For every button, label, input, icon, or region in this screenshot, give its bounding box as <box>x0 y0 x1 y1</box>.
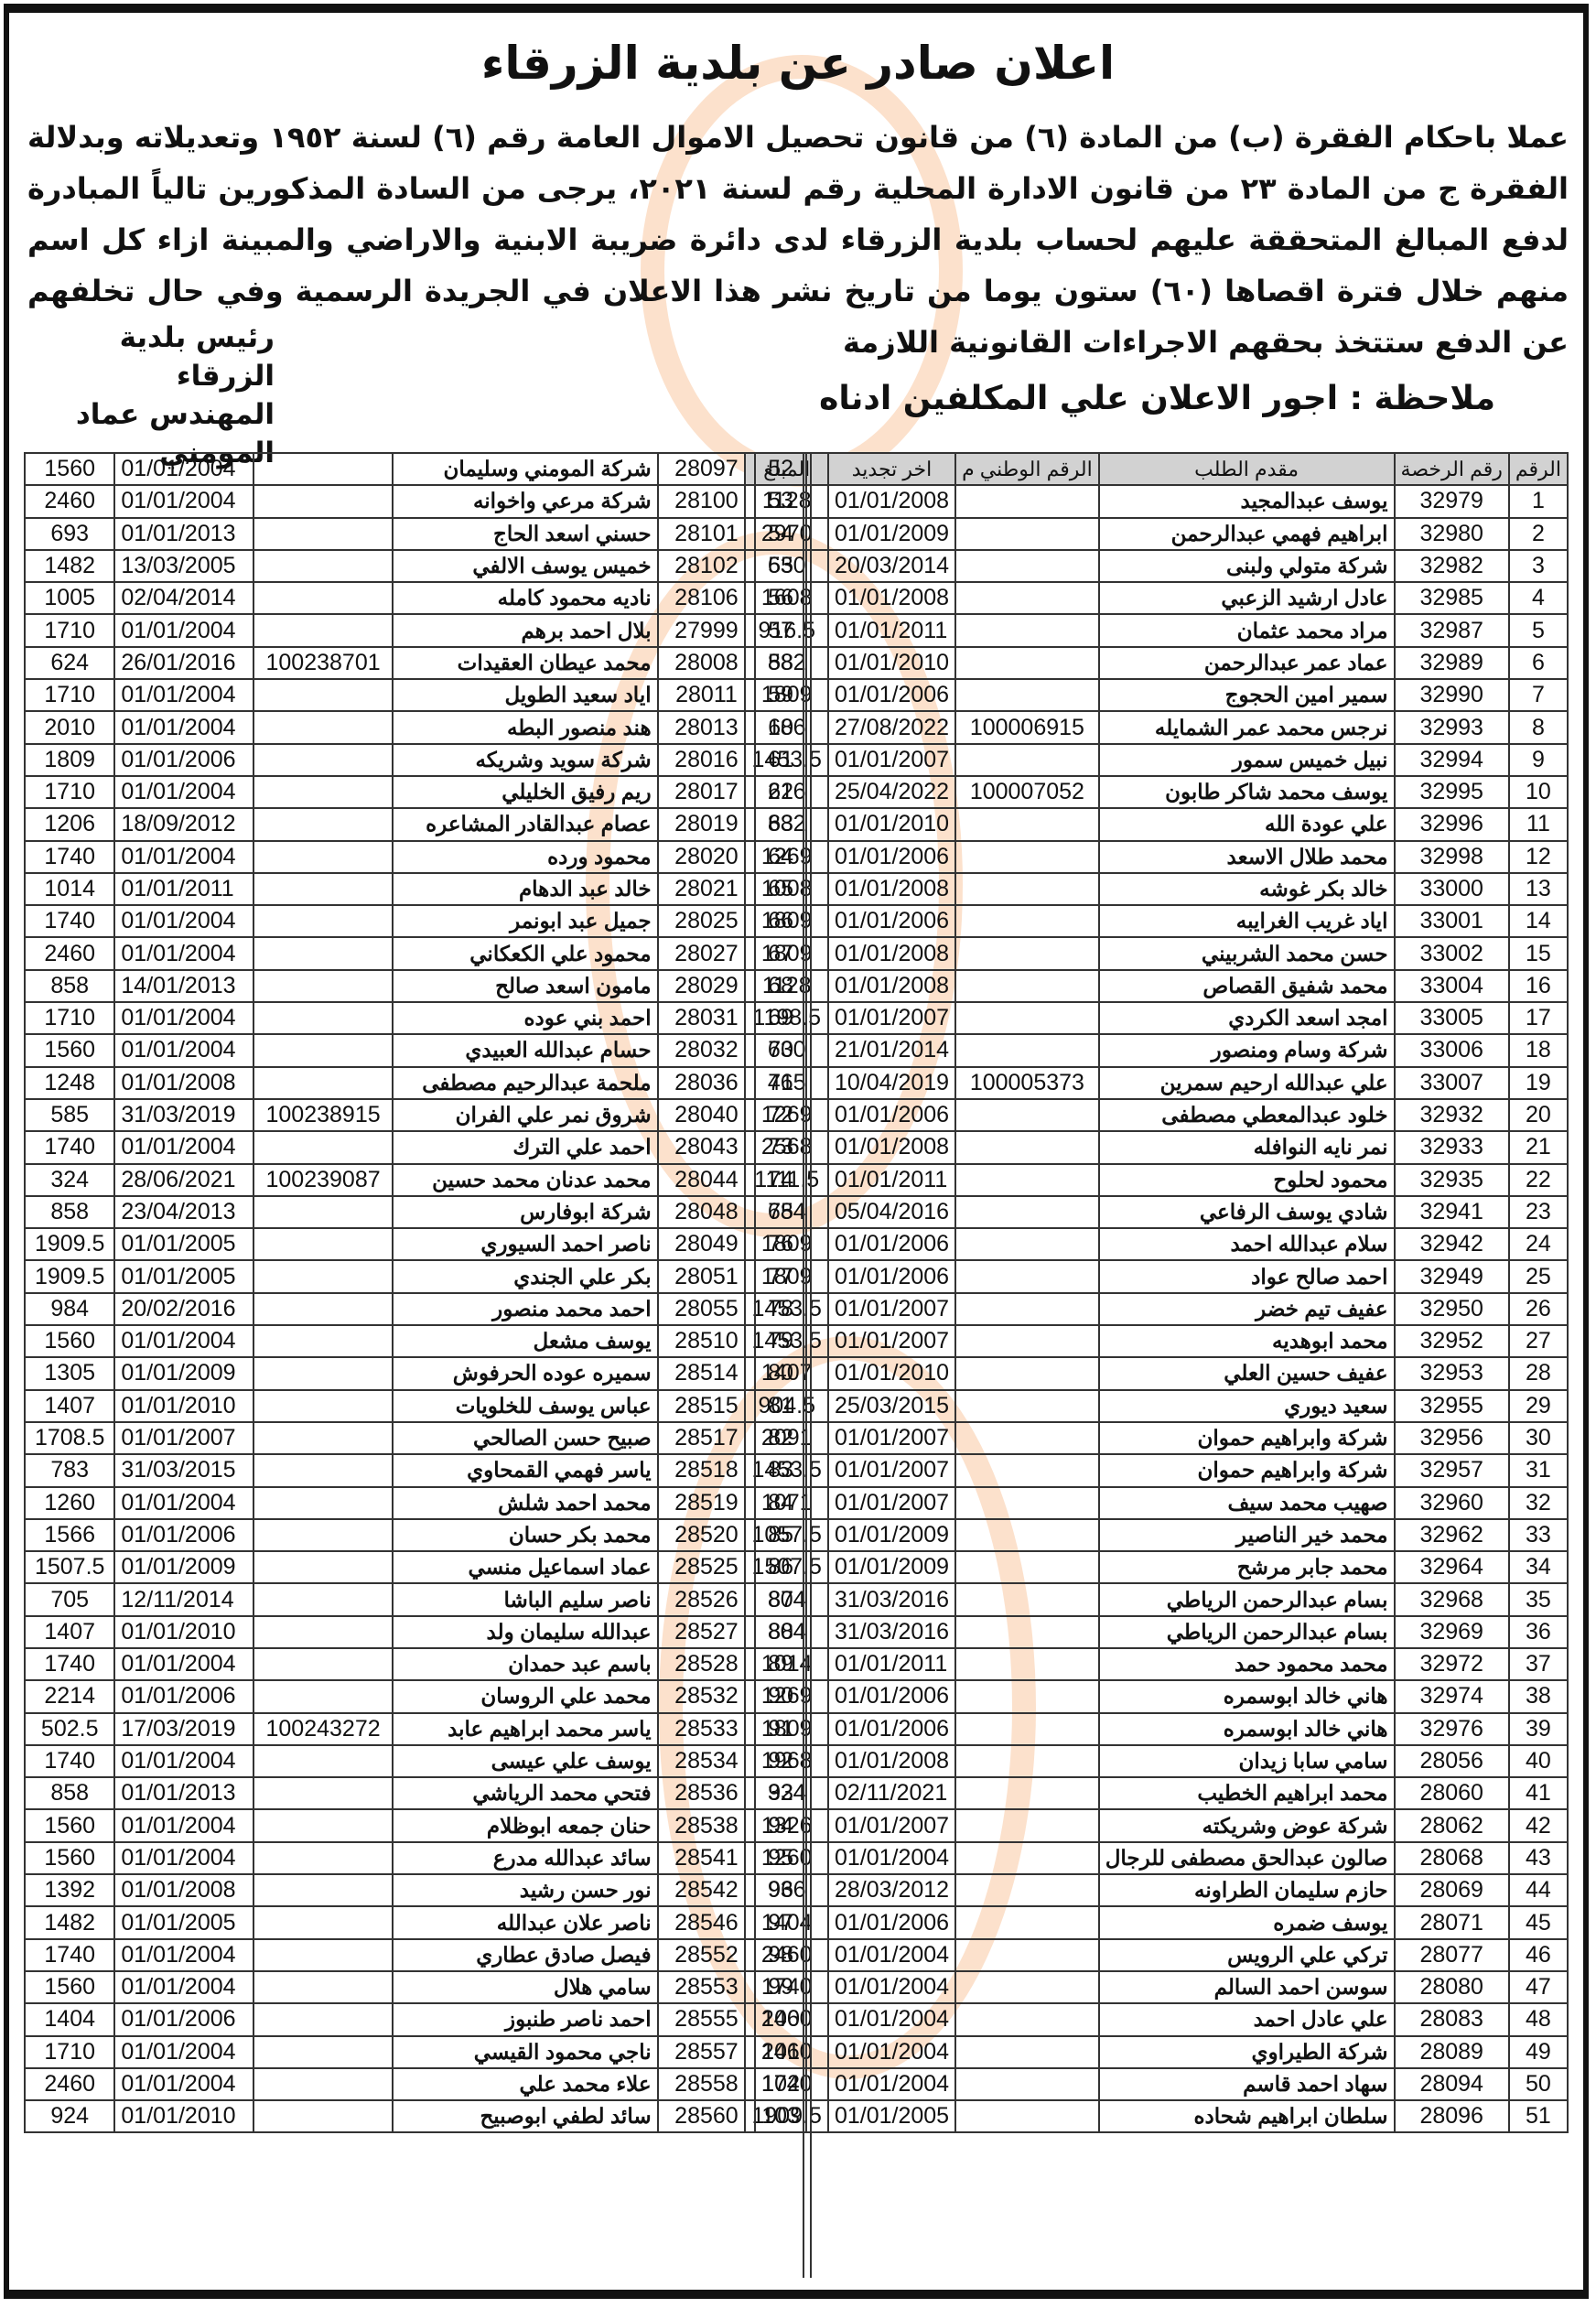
license-number: 28538 <box>658 1809 756 1841</box>
national-id <box>955 1745 1099 1777</box>
national-id: 100239087 <box>253 1164 393 1196</box>
row-index: 89 <box>755 1648 806 1680</box>
license-number: 32989 <box>1395 647 1509 679</box>
table-row: 132979يوسف عبدالمجيد01/01/20081128 <box>745 485 1568 517</box>
last-renewal-date: 01/01/2010 <box>114 2100 253 2132</box>
table-row: 7228040شروق نمر علي الفران10023891531/03… <box>25 1099 806 1131</box>
amount: 1305 <box>25 1357 114 1389</box>
applicant-name: شركة عوض وشريكته <box>1099 1809 1395 1841</box>
applicant-name: يوسف محمد شاكر طابون <box>1099 776 1395 808</box>
last-renewal-date: 25/04/2022 <box>828 776 955 808</box>
table-row: 5328100شركة مرعي واخوانه01/01/20042460 <box>25 485 806 517</box>
table-row: 932994نبيل خميس سمور01/01/20071453.5 <box>745 744 1568 776</box>
page-title: اعلان صادر عن بلدية الزرقاء <box>0 37 1596 90</box>
last-renewal-date: 01/01/2004 <box>828 2036 955 2068</box>
last-renewal-date: 18/09/2012 <box>114 808 253 840</box>
table-row: 9928553سامي هلال01/01/20041560 <box>25 1971 806 2003</box>
national-id: 100238701 <box>253 647 393 679</box>
national-id <box>955 1228 1099 1260</box>
table-row: 4228062شركة عوض وشريكته01/01/20071326 <box>745 1809 1568 1841</box>
table-row: 9428538حنان جمعه ابوظلام01/01/20041560 <box>25 1809 806 1841</box>
applicant-name: محمد علي الروسان <box>393 1680 658 1712</box>
last-renewal-date: 01/01/2004 <box>114 1487 253 1519</box>
license-number: 28019 <box>658 808 756 840</box>
license-number: 32990 <box>1395 679 1509 711</box>
table-row: 10228558علاء محمد علي01/01/20042460 <box>25 2068 806 2100</box>
national-id <box>253 582 393 614</box>
last-renewal-date: 01/01/2004 <box>114 711 253 743</box>
license-number: 32982 <box>1395 550 1509 582</box>
table-row: 1733005امجد اسعد الكردي01/01/20071198.5 <box>745 1002 1568 1034</box>
national-id <box>955 1551 1099 1583</box>
table-row: 3132957شركة وابراهيم حموان01/01/20071453… <box>745 1454 1568 1486</box>
license-number: 28089 <box>1395 2036 1509 2068</box>
applicant-name: صالون عبدالحق مصطفى للرجال <box>1099 1842 1395 1874</box>
applicant-name: ريم رفيق الخليلي <box>393 776 658 808</box>
amount: 1260 <box>25 1487 114 1519</box>
license-number: 32974 <box>1395 1680 1509 1712</box>
last-renewal-date: 26/01/2016 <box>114 647 253 679</box>
last-renewal-date: 01/01/2004 <box>114 2036 253 2068</box>
last-renewal-date: 01/01/2004 <box>114 1971 253 2003</box>
national-id <box>955 1131 1099 1163</box>
license-number: 28060 <box>1395 1777 1509 1809</box>
license-number: 28071 <box>1395 1906 1509 1938</box>
applicant-name: صهيب محمد سيف <box>1099 1487 1395 1519</box>
table-row: 4728080سوسن احمد السالم01/01/20041740 <box>745 1971 1568 2003</box>
last-renewal-date: 01/01/2008 <box>114 1874 253 1906</box>
table-row: 10028555احمد ناصر طنبوز01/01/20061404 <box>25 2003 806 2035</box>
table-row: 1132996علي عودة الله01/01/2010882 <box>745 808 1568 840</box>
license-number: 28525 <box>658 1551 756 1583</box>
national-id <box>955 1164 1099 1196</box>
applicant-name: احمد محمد منصور <box>393 1293 658 1325</box>
license-number: 33004 <box>1395 970 1509 1002</box>
license-number: 28017 <box>658 776 756 808</box>
last-renewal-date: 27/08/2022 <box>828 711 955 743</box>
license-number: 28056 <box>1395 1745 1509 1777</box>
last-renewal-date: 01/01/2007 <box>828 744 955 776</box>
national-id <box>955 1874 1099 1906</box>
applicant-name: شركة ابوفارس <box>393 1196 658 1228</box>
table-row: 8128515عباس يوسف للخلويات01/01/20101407 <box>25 1390 806 1422</box>
row-index: 87 <box>755 1583 806 1615</box>
national-id <box>253 1939 393 1971</box>
last-renewal-date: 01/01/2010 <box>114 1390 253 1422</box>
table-row: 4328068صالون عبدالحق مصطفى للرجال01/01/2… <box>745 1842 1568 1874</box>
amount: 1740 <box>25 905 114 937</box>
taxpayers-table-right: الرقم رقم الرخصة مقدم الطلب الرقم الوطني… <box>744 452 1569 2133</box>
table-row: 7528048شركة ابوفارس23/04/2013858 <box>25 1196 806 1228</box>
table-row: 3432964محمد جابر مرشح01/01/20091507.5 <box>745 1551 1568 1583</box>
national-id: 100006915 <box>955 711 1099 743</box>
amount: 1560 <box>25 453 114 485</box>
table-row: 7128036ملحمة عبدالرحيم مصطفى01/01/200812… <box>25 1067 806 1099</box>
table-row: 9028532محمد علي الروسان01/01/20062214 <box>25 1680 806 1712</box>
applicant-name: محمد ابراهيم الخطيب <box>1099 1777 1395 1809</box>
national-id <box>253 711 393 743</box>
row-index: 76 <box>755 1228 806 1260</box>
license-number: 28555 <box>658 2003 756 2035</box>
row-index: 48 <box>1509 2003 1568 2035</box>
last-renewal-date: 01/01/2004 <box>828 1939 955 1971</box>
national-id <box>253 1551 393 1583</box>
row-index: 60 <box>755 711 806 743</box>
national-id <box>955 1939 1099 1971</box>
applicant-name: محمد طلال الاسعد <box>1099 841 1395 873</box>
applicant-name: بكر علي الجندي <box>393 1260 658 1292</box>
signature-title: رئيس بلدية الزرقاء <box>37 318 275 395</box>
table-row: 9828552فيصل صادق عطاري01/01/20041740 <box>25 1939 806 1971</box>
national-id: 100007052 <box>955 776 1099 808</box>
table-body-right: 132979يوسف عبدالمجيد01/01/20081128232980… <box>745 485 1568 2132</box>
amount: 2460 <box>25 937 114 969</box>
row-index: 2 <box>1509 518 1568 550</box>
last-renewal-date: 31/03/2015 <box>114 1454 253 1486</box>
applicant-name: بسام عبدالرحمن الرياطي <box>1099 1583 1395 1615</box>
table-row: 3532968بسام عبدالرحمن الرياطي31/03/20168… <box>745 1583 1568 1615</box>
license-number: 28068 <box>1395 1842 1509 1874</box>
applicant-name: اياد سعيد الطويل <box>393 679 658 711</box>
amount: 1560 <box>25 1971 114 2003</box>
license-number: 32968 <box>1395 1583 1509 1615</box>
national-id <box>253 550 393 582</box>
table-row: 7728051بكر علي الجندي01/01/20051909.5 <box>25 1260 806 1292</box>
row-index: 30 <box>1509 1422 1568 1454</box>
national-id <box>955 1680 1099 1712</box>
last-renewal-date: 01/01/2006 <box>114 2003 253 2035</box>
license-number: 28020 <box>658 841 756 873</box>
amount: 2214 <box>25 1680 114 1712</box>
national-id <box>253 1034 393 1066</box>
last-renewal-date: 01/01/2006 <box>828 679 955 711</box>
row-index: 21 <box>1509 1131 1568 1163</box>
national-id <box>253 1745 393 1777</box>
applicant-name: ناصر علان عبدالله <box>393 1906 658 1938</box>
applicant-name: حسام عبدالله العبيدي <box>393 1034 658 1066</box>
last-renewal-date: 01/01/2004 <box>114 841 253 873</box>
national-id <box>253 2100 393 2132</box>
applicant-name: خالد عبد الدهام <box>393 873 658 905</box>
row-index: 38 <box>1509 1680 1568 1712</box>
applicant-name: اياد غريب الغرايبه <box>1099 905 1395 937</box>
license-number: 28541 <box>658 1842 756 1874</box>
license-number: 28040 <box>658 1099 756 1131</box>
row-index: 7 <box>1509 679 1568 711</box>
national-id <box>955 1809 1099 1841</box>
table-row: 10328560سائد لطفي ابوصبيح01/01/2010924 <box>25 2100 806 2132</box>
last-renewal-date: 01/01/2004 <box>114 937 253 969</box>
license-number: 28048 <box>658 1196 756 1228</box>
table-row: 632989عماد عمر عبدالرحمن01/01/2010882 <box>745 647 1568 679</box>
last-renewal-date: 28/06/2021 <box>114 1164 253 1196</box>
table-row: 832993نرجس محمد عمر الشمايله10000691527/… <box>745 711 1568 743</box>
applicant-name: ياسر محمد ابراهيم عابد <box>393 1713 658 1745</box>
row-index: 64 <box>755 841 806 873</box>
national-id <box>955 937 1099 969</box>
applicant-name: خلود عبدالمعطي مصطفى <box>1099 1099 1395 1131</box>
license-number: 28043 <box>658 1131 756 1163</box>
national-id <box>955 1906 1099 1938</box>
license-number: 28557 <box>658 2036 756 2068</box>
applicant-name: احمد علي الترك <box>393 1131 658 1163</box>
amount: 1740 <box>25 1939 114 1971</box>
applicant-name: يوسف مشعل <box>393 1325 658 1357</box>
applicant-name: يوسف علي عيسى <box>393 1745 658 1777</box>
applicant-name: محمد عدنان محمد حسين <box>393 1164 658 1196</box>
applicant-name: شركة وابراهيم حموان <box>1099 1422 1395 1454</box>
last-renewal-date: 01/01/2007 <box>828 1422 955 1454</box>
row-index: 85 <box>755 1519 806 1551</box>
amount: 1740 <box>25 1745 114 1777</box>
national-id <box>253 776 393 808</box>
row-index: 73 <box>755 1131 806 1163</box>
national-id <box>253 2003 393 2035</box>
row-index: 91 <box>755 1713 806 1745</box>
last-renewal-date: 01/01/2011 <box>828 1648 955 1680</box>
table-row: 6128016شركة سويد وشريكه01/01/20061809 <box>25 744 806 776</box>
row-index: 56 <box>755 582 806 614</box>
amount: 1560 <box>25 1809 114 1841</box>
last-renewal-date: 31/03/2019 <box>114 1099 253 1131</box>
amount: 858 <box>25 970 114 1002</box>
license-number: 28533 <box>658 1713 756 1745</box>
amount: 1404 <box>25 2003 114 2035</box>
table-row: 4128060محمد ابراهيم الخطيب02/11/2021324 <box>745 1777 1568 1809</box>
last-renewal-date: 01/01/2008 <box>828 485 955 517</box>
license-number: 33006 <box>1395 1034 1509 1066</box>
table-row: 7628049ناصر احمد السيوري01/01/20051909.5 <box>25 1228 806 1260</box>
national-id <box>253 485 393 517</box>
table-row: 7328043احمد علي الترك01/01/20041740 <box>25 1131 806 1163</box>
applicant-name: محمود علي الكعكاني <box>393 937 658 969</box>
last-renewal-date: 01/01/2004 <box>114 1745 253 1777</box>
last-renewal-date: 01/01/2009 <box>828 1551 955 1583</box>
applicant-name: خميس يوسف الالفي <box>393 550 658 582</box>
applicant-name: سعيد ديوري <box>1099 1390 1395 1422</box>
row-index: 23 <box>1509 1196 1568 1228</box>
row-index: 79 <box>755 1325 806 1357</box>
license-number: 32953 <box>1395 1357 1509 1389</box>
row-index: 90 <box>755 1680 806 1712</box>
table-row: 4928089شركة الطيراوي01/01/20042460 <box>745 2036 1568 2068</box>
amount: 2460 <box>25 2068 114 2100</box>
amount: 1708.5 <box>25 1422 114 1454</box>
table-row: 1333000خالد بكر غوشه01/01/20081008 <box>745 873 1568 905</box>
table-row: 2232935محمود لحلوح01/01/20111111.5 <box>745 1164 1568 1196</box>
last-renewal-date: 02/11/2021 <box>828 1777 955 1809</box>
applicant-name: حازم سليمان الطراونه <box>1099 1874 1395 1906</box>
last-renewal-date: 01/01/2008 <box>828 970 955 1002</box>
applicant-name: شروق نمر علي الفران <box>393 1099 658 1131</box>
last-renewal-date: 01/01/2004 <box>114 1648 253 1680</box>
national-id <box>253 518 393 550</box>
row-index: 43 <box>1509 1842 1568 1874</box>
table-row: 7028032حسام عبدالله العبيدي01/01/2004156… <box>25 1034 806 1066</box>
table-row: 7928510يوسف مشعل01/01/20041560 <box>25 1325 806 1357</box>
applicant-name: علي عادل احمد <box>1099 2003 1395 2035</box>
amount: 924 <box>25 2100 114 2132</box>
signature-block: رئيس بلدية الزرقاء المهندس عماد المومني <box>37 318 275 472</box>
amount: 1206 <box>25 808 114 840</box>
row-index: 80 <box>755 1357 806 1389</box>
last-renewal-date: 01/01/2006 <box>114 1519 253 1551</box>
license-number: 33001 <box>1395 905 1509 937</box>
last-renewal-date: 01/01/2006 <box>828 1906 955 1938</box>
license-number: 28036 <box>658 1067 756 1099</box>
last-renewal-date: 01/01/2007 <box>828 1293 955 1325</box>
license-number: 32979 <box>1395 485 1509 517</box>
table-row: 2932955سعيد ديوري25/03/2015904.5 <box>745 1390 1568 1422</box>
applicant-name: نبيل خميس سمور <box>1099 744 1395 776</box>
amount: 1909.5 <box>25 1228 114 1260</box>
row-index: 74 <box>755 1164 806 1196</box>
amount: 1392 <box>25 1874 114 1906</box>
last-renewal-date: 01/01/2007 <box>828 1454 955 1486</box>
header-applicant: مقدم الطلب <box>1099 453 1395 485</box>
national-id <box>253 1293 393 1325</box>
amount: 1740 <box>25 841 114 873</box>
national-id <box>955 647 1099 679</box>
amount: 1710 <box>25 776 114 808</box>
table-row: 8628525عماد اسماعيل منسي01/01/20091507.5 <box>25 1551 806 1583</box>
last-renewal-date: 01/01/2004 <box>114 1809 253 1841</box>
license-number: 33005 <box>1395 1002 1509 1034</box>
table-row: 6628025جميل عبد ابونمر01/01/20041740 <box>25 905 806 937</box>
applicant-name: حسني اسعد الحاج <box>393 518 658 550</box>
last-renewal-date: 01/01/2005 <box>828 2100 955 2132</box>
table-row: 5628106ناديه محمود كامله02/04/20141005 <box>25 582 806 614</box>
row-index: 41 <box>1509 1777 1568 1809</box>
last-renewal-date: 01/01/2005 <box>114 1260 253 1292</box>
national-id <box>955 1390 1099 1422</box>
national-id <box>253 1325 393 1357</box>
license-number: 32956 <box>1395 1422 1509 1454</box>
license-number: 28096 <box>1395 2100 1509 2132</box>
amount: 1566 <box>25 1519 114 1551</box>
license-number: 28546 <box>658 1906 756 1938</box>
table-row: 1533002حسن محمد الشربيني01/01/20081809 <box>745 937 1568 969</box>
row-index: 50 <box>1509 2068 1568 2100</box>
last-renewal-date: 31/03/2016 <box>828 1616 955 1648</box>
national-id <box>253 841 393 873</box>
table-row: 2132933نمر نايه النوافله01/01/20082568 <box>745 1131 1568 1163</box>
national-id <box>253 937 393 969</box>
applicant-name: سائد لطفي ابوصبيح <box>393 2100 658 2132</box>
row-index: 75 <box>755 1196 806 1228</box>
row-index: 55 <box>755 550 806 582</box>
applicant-name: سوسن احمد السالم <box>1099 1971 1395 2003</box>
license-number: 28049 <box>658 1228 756 1260</box>
row-index: 6 <box>1509 647 1568 679</box>
national-id <box>955 1034 1099 1066</box>
table-row: 2432942سلام عبدالله احمد01/01/20061809 <box>745 1228 1568 1260</box>
amount: 502.5 <box>25 1713 114 1745</box>
last-renewal-date: 01/01/2004 <box>114 905 253 937</box>
applicant-name: عماد عمر عبدالرحمن <box>1099 647 1395 679</box>
last-renewal-date: 01/01/2008 <box>828 937 955 969</box>
license-number: 32969 <box>1395 1616 1509 1648</box>
license-number: 28542 <box>658 1874 756 1906</box>
table-row: 6328019عصام عبدالقادر المشاعره18/09/2012… <box>25 808 806 840</box>
amount: 1560 <box>25 1325 114 1357</box>
header-index: الرقم <box>1509 453 1568 485</box>
amount: 1740 <box>25 1131 114 1163</box>
license-number: 28519 <box>658 1487 756 1519</box>
national-id <box>253 873 393 905</box>
table-row: 4028056سامي سابا زيدان01/01/20081968 <box>745 1745 1568 1777</box>
amount: 1710 <box>25 679 114 711</box>
license-number: 28083 <box>1395 2003 1509 2035</box>
row-index: 68 <box>755 970 806 1002</box>
last-renewal-date: 01/01/2006 <box>828 1228 955 1260</box>
row-index: 59 <box>755 679 806 711</box>
table-row: 9228534يوسف علي عيسى01/01/20041740 <box>25 1745 806 1777</box>
national-id <box>955 614 1099 646</box>
applicant-name: يوسف ضمره <box>1099 1906 1395 1938</box>
applicant-name: هاني خالد ابوسمره <box>1099 1680 1395 1712</box>
national-id <box>955 1454 1099 1486</box>
license-number: 28094 <box>1395 2068 1509 2100</box>
national-id <box>253 1906 393 1938</box>
table-row: 1433001اياد غريب الغرايبه01/01/20061809 <box>745 905 1568 937</box>
table-row: 3632969بسام عبدالرحمن الرياطي31/03/20168… <box>745 1616 1568 1648</box>
table-row: 8428519محمد احمد شلش01/01/20041260 <box>25 1487 806 1519</box>
table-row: 3232960صهيب محمد سيف01/01/20071071 <box>745 1487 1568 1519</box>
amount: 1809 <box>25 744 114 776</box>
table-row: 4528071يوسف ضمره01/01/20061404 <box>745 1906 1568 1938</box>
last-renewal-date: 01/01/2004 <box>114 1131 253 1163</box>
table-row: 5528102خميس يوسف الالفي13/03/20051482 <box>25 550 806 582</box>
row-index: 49 <box>1509 2036 1568 2068</box>
applicant-name: شركة الطيراوي <box>1099 2036 1395 2068</box>
row-index: 94 <box>755 1809 806 1841</box>
national-id <box>955 485 1099 517</box>
table-row: 6828029مامون اسعد صالح14/01/2013858 <box>25 970 806 1002</box>
license-number: 28051 <box>658 1260 756 1292</box>
amount: 1482 <box>25 550 114 582</box>
row-index: 99 <box>755 1971 806 2003</box>
national-id <box>955 1422 1099 1454</box>
last-renewal-date: 01/01/2004 <box>114 1325 253 1357</box>
applicant-name: صبيح حسن الصالحي <box>393 1422 658 1454</box>
header-last-renewal: اخر تجديد <box>828 453 955 485</box>
license-number: 28025 <box>658 905 756 937</box>
row-index: 27 <box>1509 1325 1568 1357</box>
amount: 324 <box>25 1164 114 1196</box>
license-number: 32996 <box>1395 808 1509 840</box>
last-renewal-date: 01/01/2004 <box>828 2068 955 2100</box>
applicant-name: محمود لحلوح <box>1099 1164 1395 1196</box>
national-id <box>955 1325 1099 1357</box>
national-id <box>253 1616 393 1648</box>
applicant-name: عباس يوسف للخلويات <box>393 1390 658 1422</box>
table-row: 1833006شركة وسام ومنصور21/01/2014630 <box>745 1034 1568 1066</box>
applicant-name: سامي سابا زيدان <box>1099 1745 1395 1777</box>
table-row: 6528021خالد عبد الدهام01/01/20111014 <box>25 873 806 905</box>
applicant-name: مراد محمد عثمان <box>1099 614 1395 646</box>
last-renewal-date: 01/01/2004 <box>828 2003 955 2035</box>
row-index: 82 <box>755 1422 806 1454</box>
amount: 705 <box>25 1583 114 1615</box>
amount: 1507.5 <box>25 1551 114 1583</box>
applicant-name: احمد صالح عواد <box>1099 1260 1395 1292</box>
last-renewal-date: 01/01/2006 <box>828 1680 955 1712</box>
amount: 585 <box>25 1099 114 1131</box>
national-id <box>253 1777 393 1809</box>
table-row: 2032932خلود عبدالمعطي مصطفى01/01/2006126… <box>745 1099 1568 1131</box>
row-index: 13 <box>1509 873 1568 905</box>
